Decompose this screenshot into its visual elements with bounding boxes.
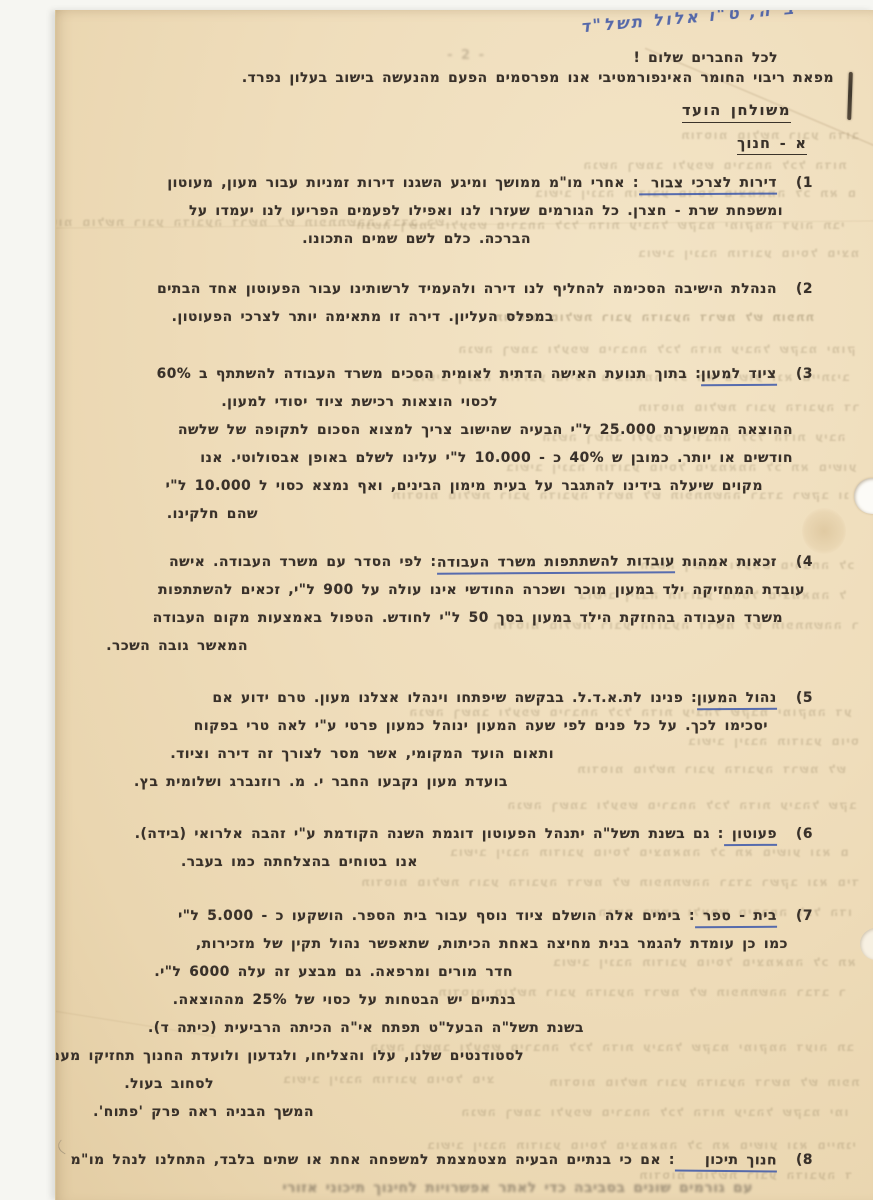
item-line: חודשים או יותר. כמובן ש 40% כ - 10.000 ל… (200, 450, 793, 466)
item-number: (3 (796, 366, 813, 382)
greeting-line: לכל החברים שלום ! (633, 50, 778, 66)
section-heading: א - חנוך (737, 136, 807, 155)
bleedthrough-text: תודסומ םולשת רובע הדובעה דרשמ לש (576, 762, 846, 776)
item-heading: ציוד למעון (701, 366, 777, 386)
item-line: חדר מורים ומרפאה. גם מבצע זה עלה 6000 ל"… (154, 964, 513, 980)
doc-title: משולחן הועד (682, 102, 791, 123)
item-line: ציוד למעון: בתוך תנועת האישה הדתית לאומי… (157, 366, 777, 386)
item-number: (7 (796, 908, 813, 924)
bleedthrough-text: תודסומ םולשת רובע הדובעה דרשמ לש תופת (548, 1075, 859, 1089)
item-line: בשנת תשל"ה הבעל"ט תפתח אי"ה הכיתה הרביעי… (148, 1020, 584, 1036)
item-line: הנהלת הישיבה הסכימה להחליף לנו דירה ולהע… (157, 281, 777, 297)
item-line: פעוטון: גם בשנת תשל"ה יתנהל הפעוטון דוגמ… (135, 826, 777, 846)
intro-line: מפאת ריבוי החומר האינפורמטיבי אנו מפרסמי… (242, 70, 834, 86)
item-heading: בית - ספר (695, 908, 777, 928)
bleedthrough-text: בושיב ןינבה תודובע םויס (687, 734, 859, 748)
bleedthrough-text: בושיב ןינבה תודובע םויסל םיצמ (637, 246, 859, 260)
item-line: ומשפחת שרת - חצרן. כל הגורמים שעזרו לנו … (189, 203, 783, 219)
bleedthrough-text: בושיב ןינבה תודובע םויסל םיצמאמה לכ תא ם… (449, 845, 849, 859)
item-line: בית - ספר: בימים אלה הושלם ציוד נוסף עבו… (178, 908, 777, 928)
item-number: (6 (796, 826, 813, 842)
bleedthrough-text: הנשה ךשמב ולעפש םירבחה לכל הדות עיבהל שק… (460, 1105, 849, 1119)
handwritten-date-note: ב"ה, ט"ו אלול תשל"ד (580, 10, 797, 36)
item-line: יסכימו לכך. על כל פנים לפי שעה המעון ינו… (194, 718, 768, 734)
item-line: המשך הבניה ראה פרק 'פתוח'. (93, 1104, 314, 1120)
item-line: כמו כן עומדת להגמר בנית מחיצה באחת הכיתו… (196, 936, 788, 952)
hole-punch (854, 478, 873, 514)
bleedthrough-text: תודסומ םולשת רובע הדובעה דרשמ לש תופתתשה… (360, 875, 859, 889)
item-heading: נהול המעון (697, 690, 777, 710)
item-line: לסחוב בעול. (124, 1076, 214, 1092)
item-heading: דירות לצרכי צבור (639, 175, 777, 195)
item-line: משרד העבודה בהחזקת הילד במעון בסך 50 ל"י… (153, 610, 783, 626)
item-number: (5 (796, 690, 813, 706)
item-line: במפלס העליון. דירה זו מתאימה יותר לצרכי … (172, 309, 554, 325)
bleedthrough-text: בושיב ןינבה תודובע םויסל םיצ (282, 1072, 494, 1086)
item-number: (2 (796, 281, 813, 297)
item-line: הברכה. כלם לשם שמים התכונו. (302, 231, 531, 247)
hole-punch (860, 928, 873, 960)
item-line: עובדת המחזיקה ילד במעון מוכר ושכרה החודש… (158, 582, 805, 598)
item-line: עם גורמים שונים בסביבה כדי לאתר אפשרויות… (283, 1180, 754, 1196)
item-number: (1 (796, 175, 813, 191)
item-number: (4 (796, 554, 813, 570)
item-heading: עובדות להשתתפות משרד העבודה (437, 553, 675, 574)
item-line: אנו בטוחים בהצלחתה כמו בעבר. (181, 854, 418, 870)
stain-mark (802, 508, 846, 554)
item-line: לכסוי הוצאות רכישת ציוד יסודי למעון. (221, 394, 498, 410)
page-number-smudge: - 2 - (447, 48, 486, 63)
item-line: ותאום הועד המקומי, אשר מסר לצורך זה דירה… (170, 746, 554, 762)
bleedthrough-text: בושיב ןינבה תודובע םויסל םיצמאמה לכ תא ם… (426, 1138, 856, 1152)
item-line: ההוצאה המשוערת 25.000 ל"י הבעיה שהישוב צ… (178, 422, 793, 438)
bleedthrough-text: בושיב ןינבה תודובע םויסל םיצמאמה לכ תא (552, 955, 856, 969)
item-line: מקוים שיעלה בידינו להתגבר על בעית מימון … (166, 478, 763, 494)
bleedthrough-text: הנשה ךשמב ולעפש םירבחה לכל הדות עיבהל שק… (506, 798, 856, 812)
scan-background: תודסומ םולשת רובע הדובהנשה ךשמב ולעפש םי… (0, 0, 873, 1200)
document-paper: תודסומ םולשת רובע הדובהנשה ךשמב ולעפש םי… (55, 10, 873, 1200)
pencil-mark (55, 1139, 71, 1154)
item-line: לסטודנטים שלנו, עלו והצליחו, ולגדעון ולו… (55, 1048, 524, 1064)
item-heading: פעוטון (724, 826, 777, 846)
item-heading-prefix: זכאות אמהות (675, 554, 777, 570)
bleedthrough-text: תודסומ םולשת רובע הדובעה דר (637, 400, 859, 414)
item-line: זכאות אמהות עובדות להשתתפות משרד העבודה:… (169, 554, 777, 574)
item-number: (8 (796, 1152, 813, 1168)
bleedthrough-text: הנשה ךשמב ולעפש םירבחה לכל הדות עיבהל שק… (457, 342, 856, 356)
item-heading: חנוך תיכון (675, 1151, 777, 1172)
bleedthrough-text: הנשה ךשמב ולעפש םירבחה לכל הדות (582, 158, 846, 172)
item-line: דירות לצרכי צבור: אחרי מו"מ ממושך ומיגע … (167, 175, 777, 195)
item-line: נהול המעון: פנינו לת.א.ד.ל. בבקשה שיפתחו… (212, 690, 777, 710)
item-line: שהם חלקינו. (167, 506, 258, 522)
item-line: בנתיים יש הבטחות על כסוי של 25% מההוצאה. (173, 992, 516, 1008)
item-line: בועדת מעון נקבעו החבר י. מ. רוזנברג ושלו… (134, 774, 508, 790)
item-line: חנוך תיכון: אם כי בנתיים הבעיה מצטמצמת ל… (71, 1152, 777, 1172)
item-line: המאשר גובה השכר. (106, 638, 248, 654)
staple-mark (847, 72, 852, 120)
